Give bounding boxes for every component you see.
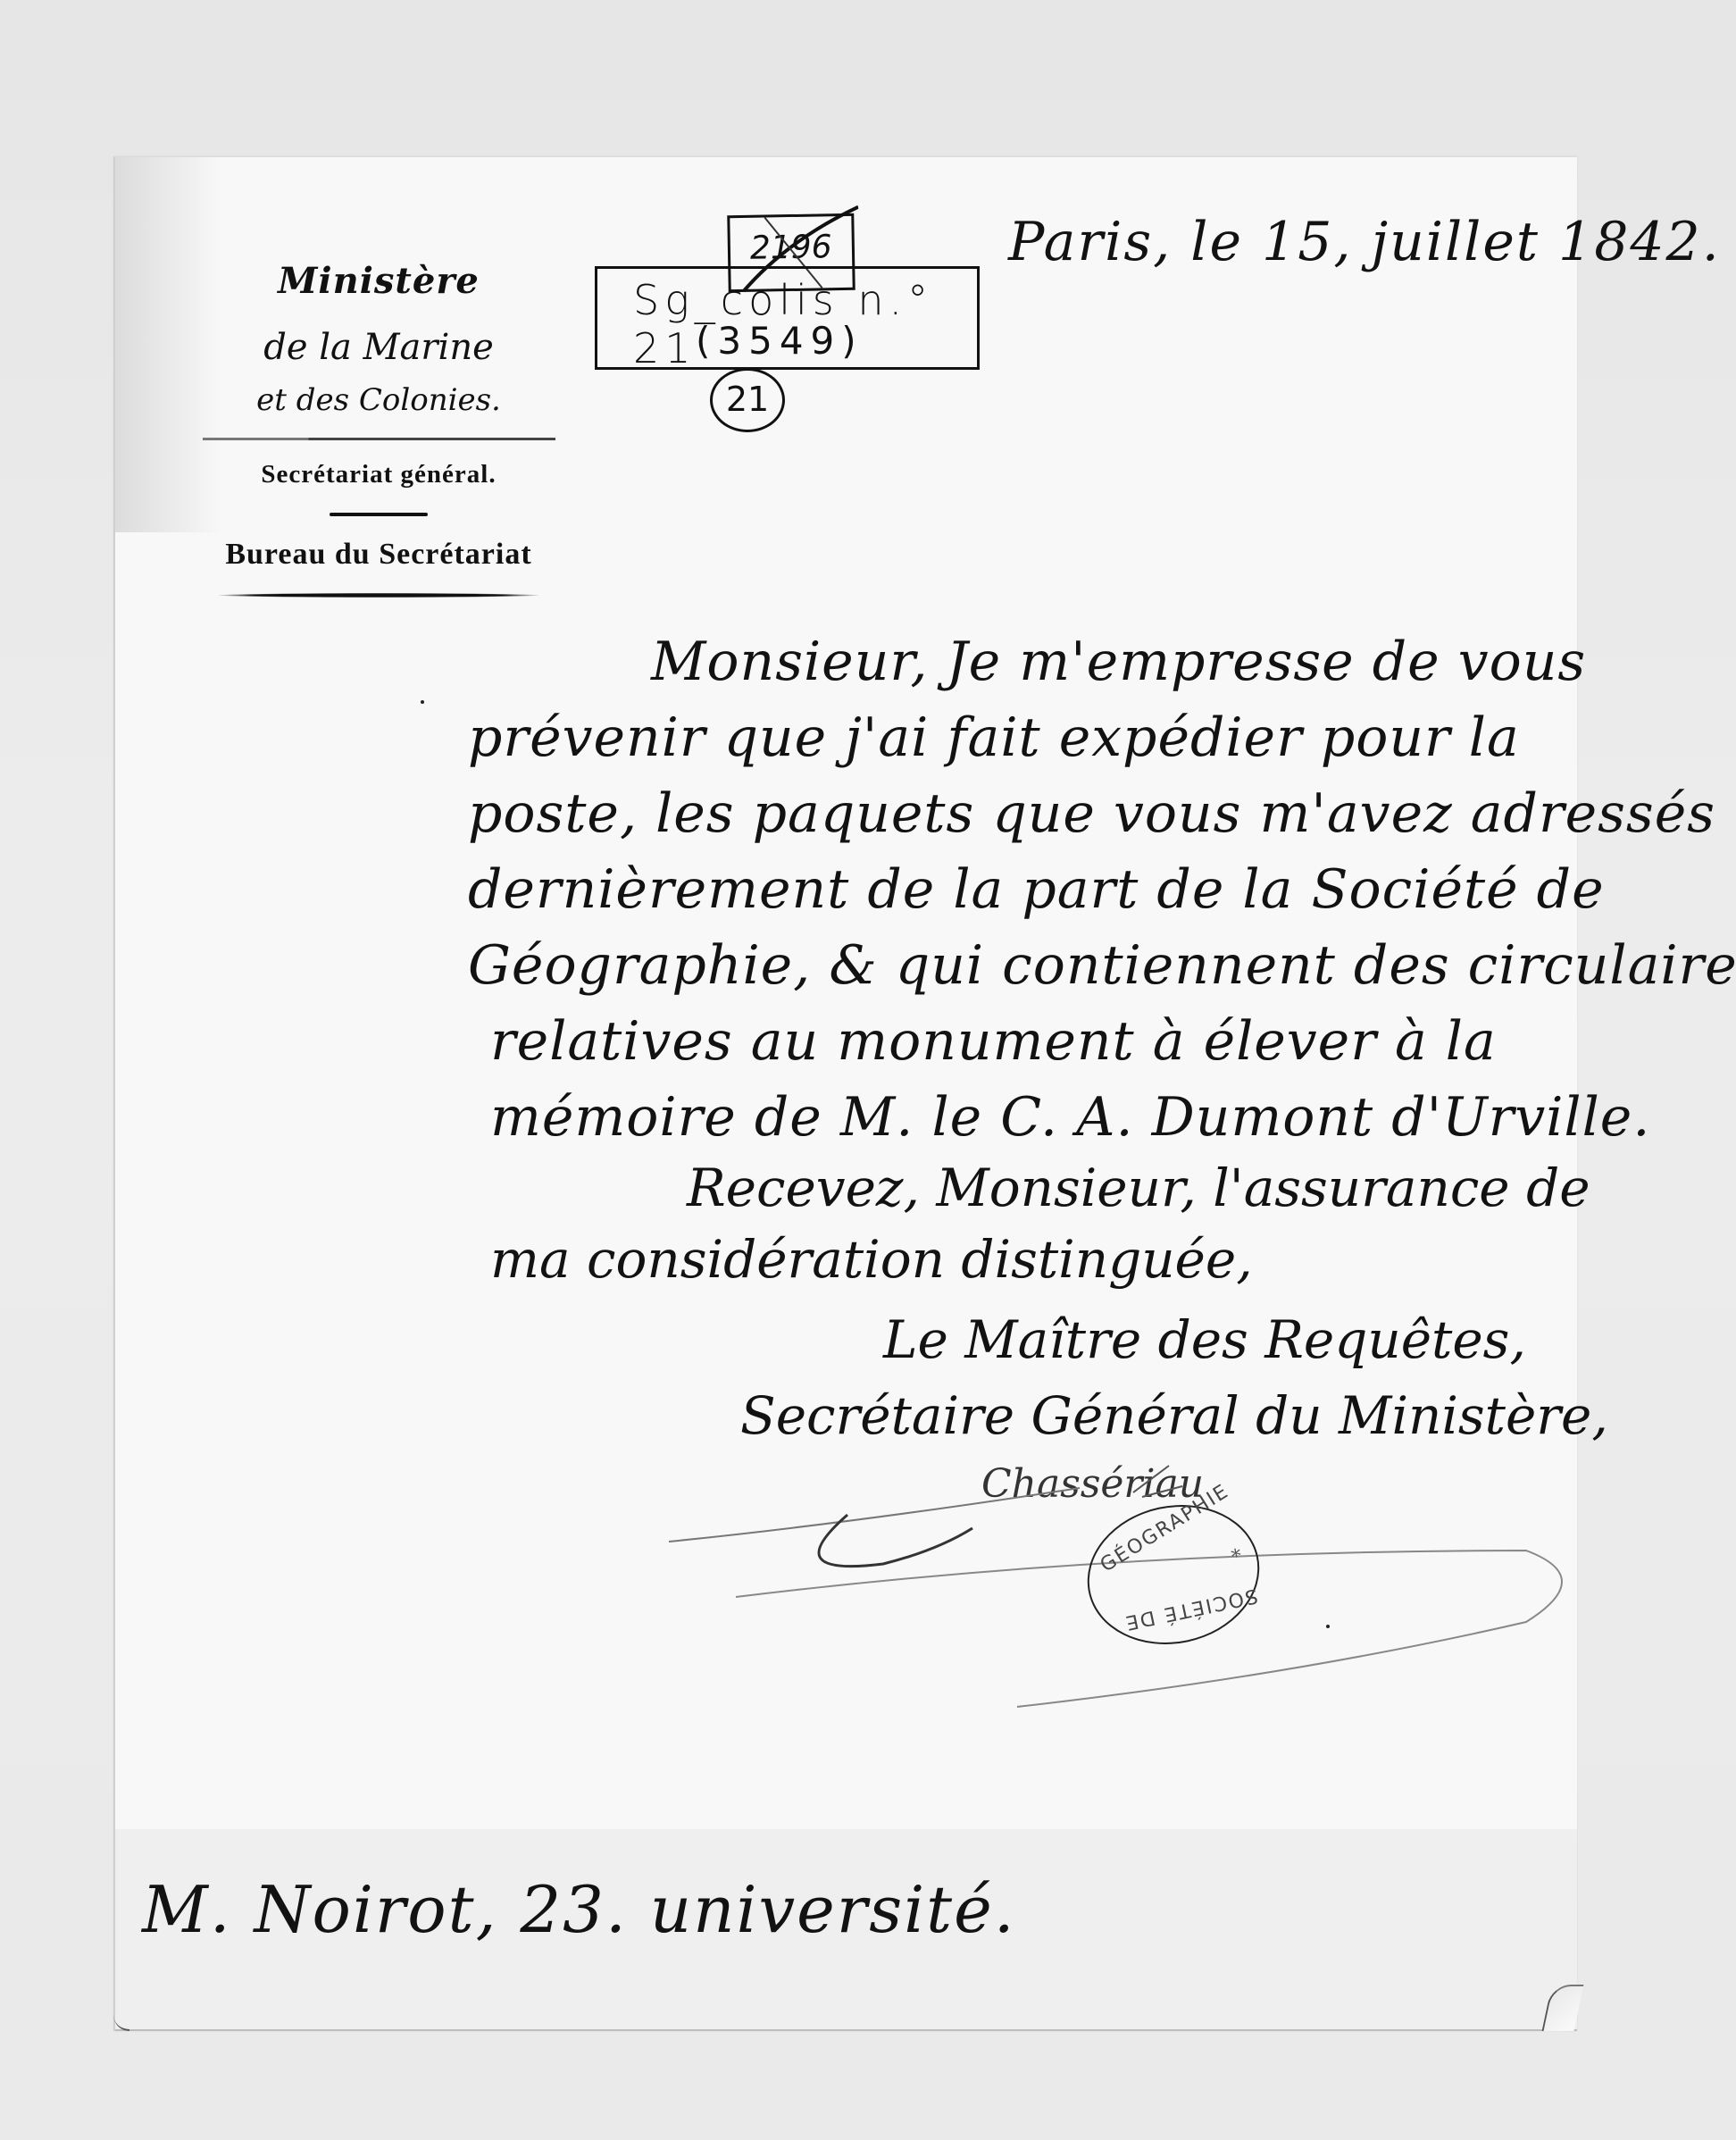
closing-line-1: Recevez, Monsieur, l'assurance de bbox=[687, 1158, 1590, 1218]
dateline: Paris, le 15, juillet 1842. bbox=[1008, 211, 1721, 273]
body-line-6: relatives au monument à élever à la bbox=[490, 1010, 1497, 1073]
closing-line-2: ma considération distinguée, bbox=[490, 1229, 1253, 1290]
folded-corner-left bbox=[113, 2002, 129, 2031]
letterhead-divider bbox=[203, 438, 555, 440]
letterhead-department: Secrétariat général. bbox=[169, 460, 588, 489]
letterhead-marine: de la Marine bbox=[169, 327, 588, 368]
addressee-line: M. Noirot, 23. université. bbox=[142, 1872, 1016, 1947]
letter-page: Ministère de la Marine et des Colonies. … bbox=[113, 156, 1577, 2031]
signatory-title-1: Le Maître des Requêtes, bbox=[883, 1309, 1526, 1370]
letterhead-colonies: et des Colonies. bbox=[169, 382, 588, 418]
colis-number: (3549) bbox=[696, 319, 864, 363]
ink-speck bbox=[1326, 1625, 1330, 1628]
colis-reference-box: Sg_colis n.° 21 (3549) bbox=[595, 266, 980, 370]
letterhead-bureau: Bureau du Secrétariat bbox=[169, 538, 588, 572]
circled-folio-number: 21 bbox=[710, 368, 785, 432]
signatory-title-2: Secrétaire Général du Ministère, bbox=[740, 1385, 1608, 1446]
body-line-7: mémoire de M. le C. A. Dumont d'Urville. bbox=[490, 1086, 1650, 1149]
body-line-3: poste, les paquets que vous m'avez adres… bbox=[468, 782, 1715, 845]
letterhead-ministry: Ministère bbox=[169, 260, 588, 302]
letterhead-divider-short bbox=[330, 513, 428, 516]
body-line-1: Monsieur, Je m'empresse de vous bbox=[651, 631, 1586, 693]
body-line-5: Géographie, & qui contiennent des circul… bbox=[468, 934, 1736, 997]
body-line-2: prévenir que j'ai fait expédier pour la bbox=[468, 706, 1520, 769]
ink-speck bbox=[421, 700, 424, 704]
letterhead: Ministère de la Marine et des Colonies. … bbox=[169, 260, 588, 598]
star-icon: * bbox=[1230, 1545, 1244, 1569]
folded-corner-right bbox=[1541, 1985, 1583, 2031]
letterhead-flourish-rule bbox=[218, 593, 539, 598]
body-line-4: dernièrement de la part de la Société de bbox=[468, 858, 1605, 921]
